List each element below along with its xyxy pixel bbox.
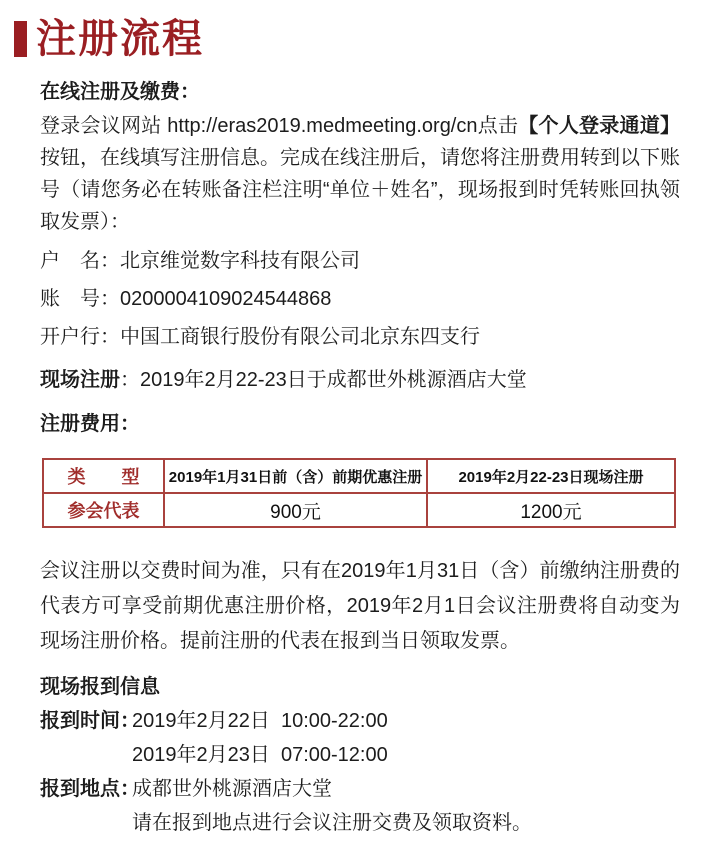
fee-row-type: 参会代表 (43, 493, 164, 527)
bank-account-name-row: 户 名：北京维觉数字科技有限公司 (40, 242, 680, 280)
checkin-time-spacer (40, 738, 132, 772)
fee-row-onsite-price: 1200元 (427, 493, 675, 527)
page-title: 注册流程 (36, 16, 204, 62)
fee-table-row-delegate: 参会代表 900元 1200元 (43, 493, 675, 527)
registration-fee-heading: 注册费用： (40, 410, 680, 438)
checkin-time-label: 报到时间： (40, 704, 132, 738)
checkin-time-value-1: 2019年2月22日 10:00-22:00 (132, 704, 388, 738)
checkin-place-instruction: 请在报到地点进行会议注册交费及领取资料。 (132, 806, 532, 840)
checkin-place-row-1: 报到地点： 成都世外桃源酒店大堂 (40, 772, 680, 806)
fee-table-header-onsite: 2019年2月22-23日现场注册 (427, 459, 675, 493)
fee-policy-note: 会议注册以交费时间为准，只有在2019年1月31日（含）前缴纳注册费的代表方可享… (40, 554, 680, 659)
checkin-place-value: 成都世外桃源酒店大堂 (132, 772, 332, 806)
fee-table-header-early: 2019年1月31日前（含）前期优惠注册 (164, 459, 427, 493)
conference-url-text: 登录会议网站 http://eras2019.medmeeting.org/cn… (40, 115, 518, 137)
page-content: 在线注册及缴费： 登录会议网站 http://eras2019.medmeeti… (40, 78, 680, 840)
checkin-time-value-2: 2019年2月23日 07:00-12:00 (132, 738, 388, 772)
checkin-place-label: 报到地点： (40, 772, 132, 806)
account-name-value: 北京维觉数字科技有限公司 (120, 242, 360, 280)
onsite-registration-value: 2019年2月22-23日于成都世外桃源酒店大堂 (140, 369, 527, 391)
checkin-info-block: 报到时间： 2019年2月22日 10:00-22:00 2019年2月23日 … (40, 704, 680, 840)
bank-account-number-row: 账 号：0200004109024544868 (40, 280, 680, 318)
account-name-label: 户 名： (40, 242, 120, 280)
personal-login-channel-bold: 【个人登录通道】 (518, 115, 680, 137)
account-number-value: 0200004109024544868 (120, 280, 331, 318)
fee-table-header-type: 类 型 (43, 459, 164, 493)
fee-table-header-row: 类 型 2019年1月31日前（含）前期优惠注册 2019年2月22-23日现场… (43, 459, 675, 493)
bank-branch-label: 开户行： (40, 318, 120, 356)
onsite-registration-row: 现场注册：2019年2月22-23日于成都世外桃源酒店大堂 (40, 366, 680, 394)
bank-branch-row: 开户行：中国工商银行股份有限公司北京东四支行 (40, 318, 680, 356)
registration-page: 注册流程 在线注册及缴费： 登录会议网站 http://eras2019.med… (0, 0, 720, 850)
online-registration-paragraph: 登录会议网站 http://eras2019.medmeeting.org/cn… (40, 110, 680, 238)
bank-account-block: 户 名：北京维觉数字科技有限公司 账 号：0200004109024544868… (40, 242, 680, 356)
checkin-info-heading: 现场报到信息 (40, 673, 680, 701)
registration-fee-table: 类 型 2019年1月31日前（含）前期优惠注册 2019年2月22-23日现场… (42, 458, 676, 528)
account-number-label: 账 号： (40, 280, 120, 318)
fee-row-early-price: 900元 (164, 493, 427, 527)
bank-branch-value: 中国工商银行股份有限公司北京东四支行 (120, 318, 480, 356)
checkin-time-row-2: 2019年2月23日 07:00-12:00 (40, 738, 680, 772)
online-registration-heading: 在线注册及缴费： (40, 78, 680, 106)
page-title-row: 注册流程 (14, 16, 720, 62)
title-accent-bar-icon (14, 21, 27, 57)
onsite-registration-colon: ： (120, 369, 140, 391)
checkin-time-row-1: 报到时间： 2019年2月22日 10:00-22:00 (40, 704, 680, 738)
onsite-registration-label: 现场注册 (40, 369, 120, 391)
checkin-place-spacer (40, 806, 132, 840)
checkin-place-row-2: 请在报到地点进行会议注册交费及领取资料。 (40, 806, 680, 840)
online-registration-instructions: 按钮，在线填写注册信息。完成在线注册后，请您将注册费用转到以下账号（请您务必在转… (40, 147, 680, 233)
